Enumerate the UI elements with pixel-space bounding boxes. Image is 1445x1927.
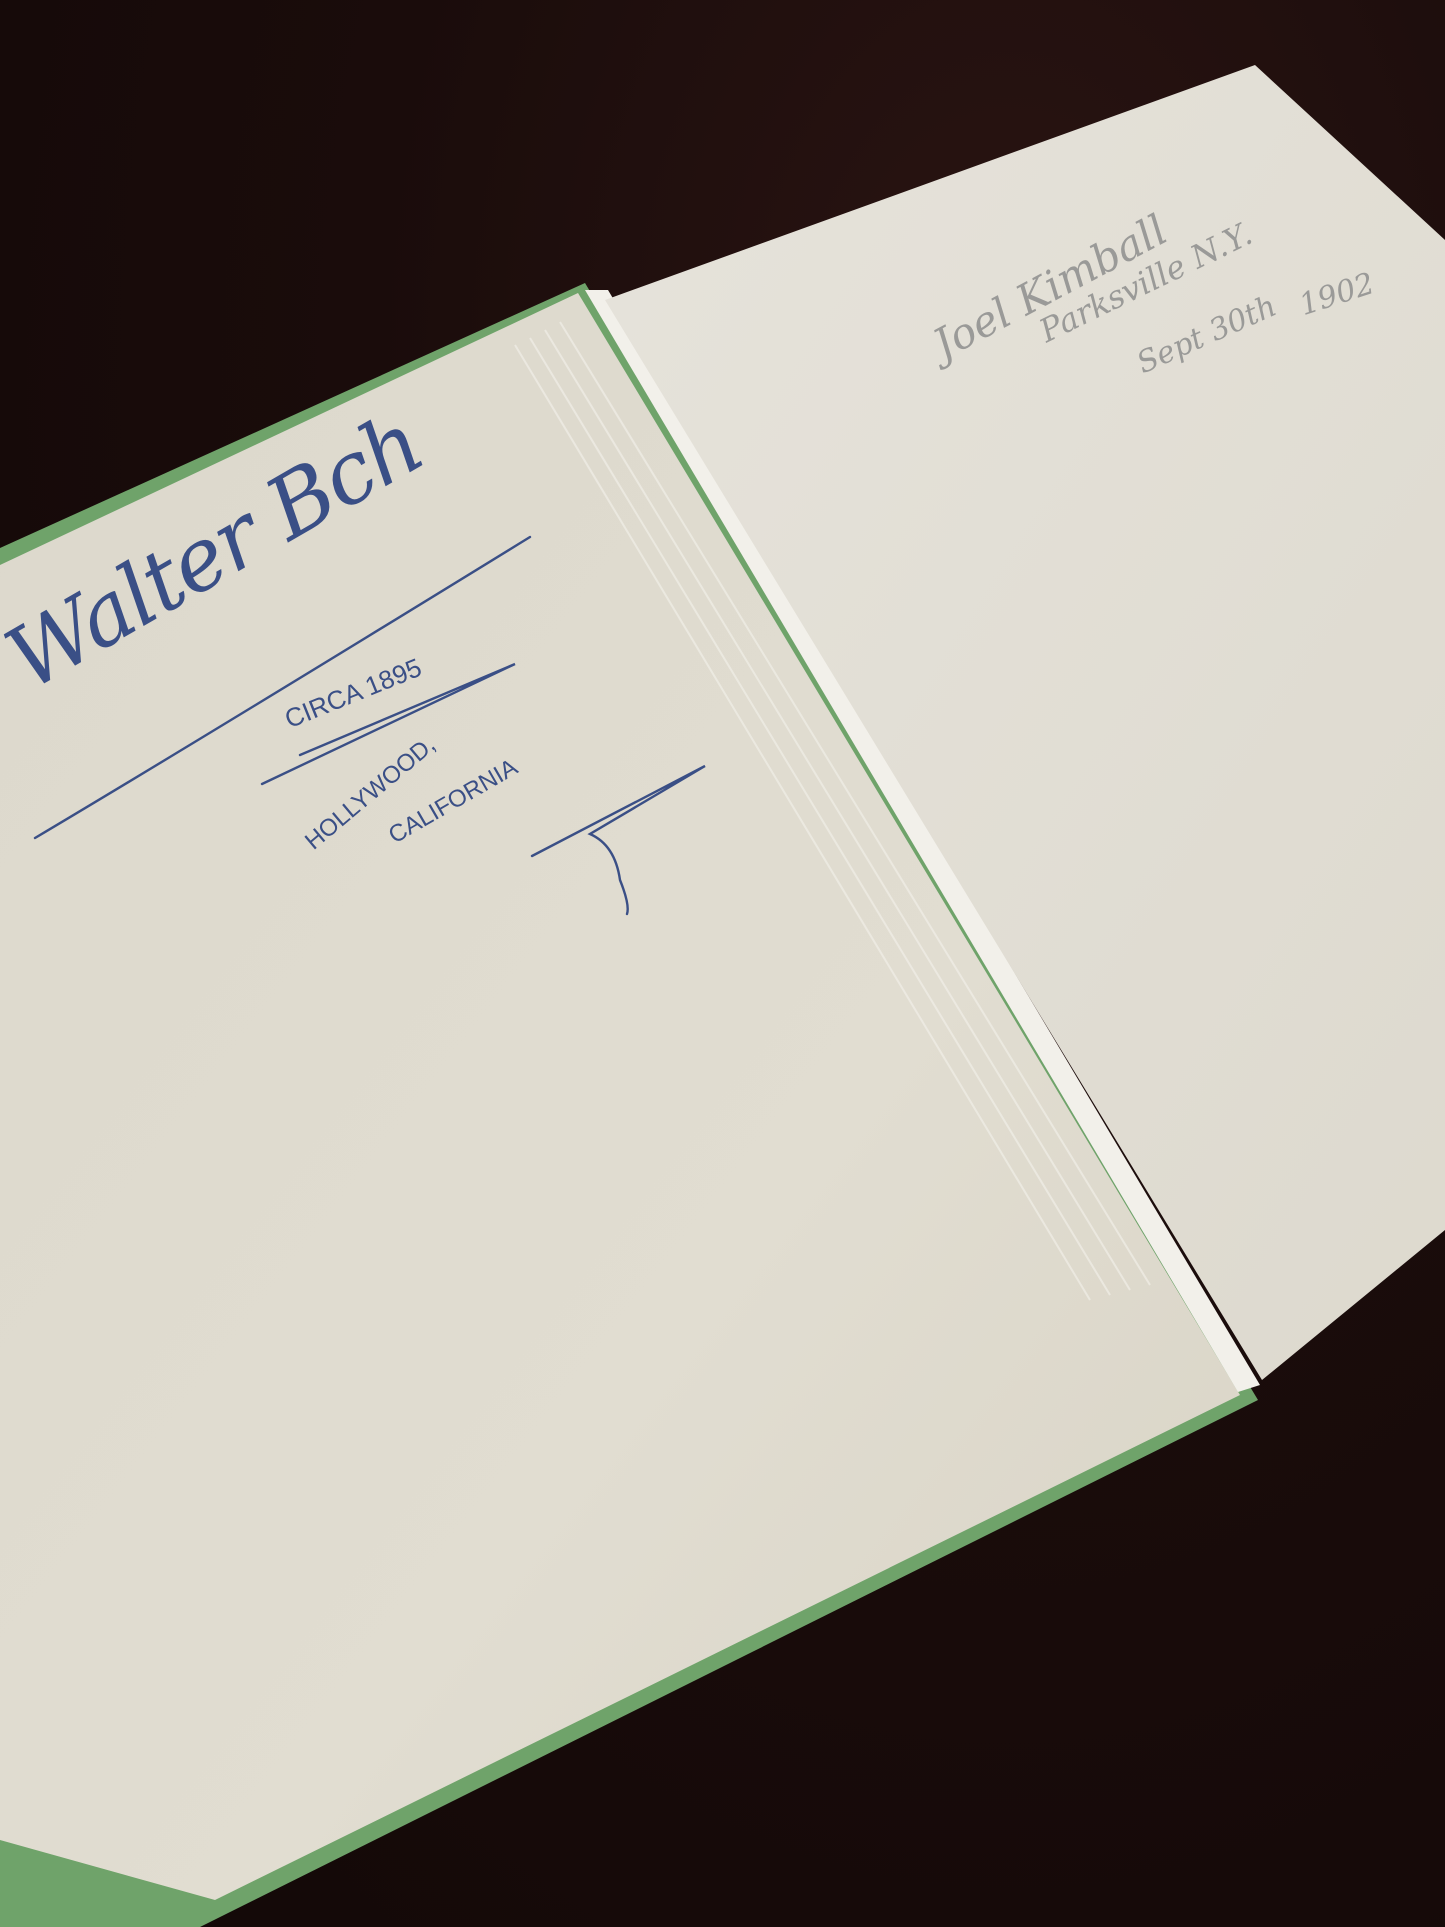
photo-scene: Walter Bch CIRCA 1895 HOLLYWOOD, CALIFOR…: [0, 0, 1445, 1927]
open-book: [0, 0, 1445, 1927]
